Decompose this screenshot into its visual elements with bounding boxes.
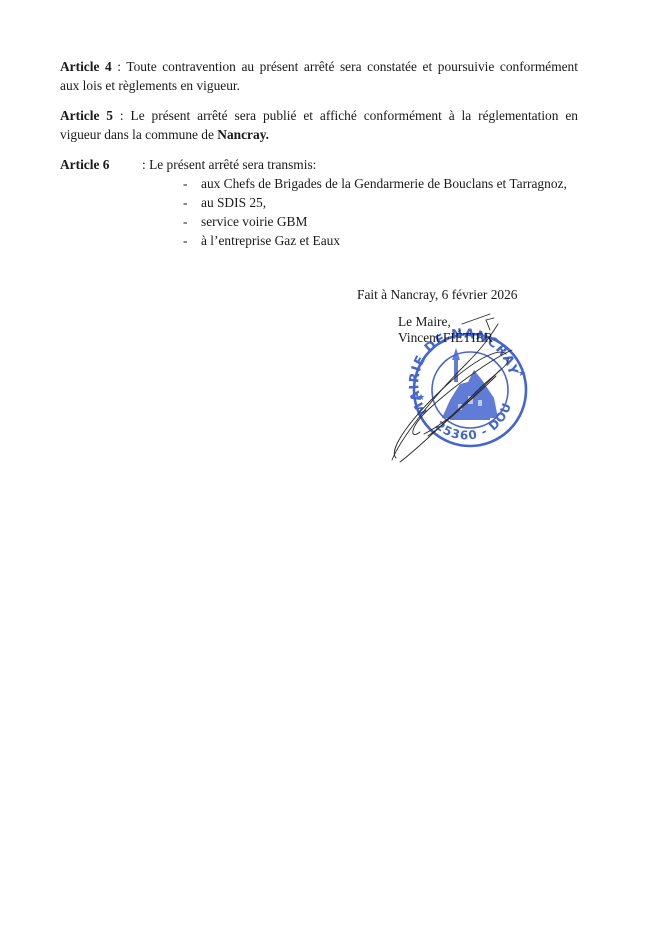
svg-text:★: ★ [417,392,425,402]
article-5-label: Article 5 [60,108,113,123]
svg-text:★: ★ [518,368,526,378]
recipient-text: aux Chefs de Brigades de la Gendarmerie … [201,174,567,193]
article-4-text-line2: aux lois et règlements en vigueur. [60,78,240,93]
signatory-name: Vincent FIÉTIER [398,330,493,346]
article-4-label: Article 4 [60,59,112,74]
commune-name: Nancray. [217,127,269,142]
article-6-label: Article 6 [60,155,109,174]
article-4-separator: : [112,59,127,74]
signatory-title: Le Maire, [398,314,493,330]
signatory-block: Le Maire, Vincent FIÉTIER [398,314,493,346]
recipient-text: service voirie GBM [201,212,307,231]
article-5-text-line2: vigueur dans la commune de [60,127,217,142]
article-4-text-line1: Toute contravention au présent arrêté se… [126,59,578,74]
bullet-dash: - [183,231,187,250]
article-5: Article 5 : Le présent arrêté sera publi… [60,106,578,144]
document-page: Article 4 : Toute contravention au prése… [0,0,656,932]
article-4: Article 4 : Toute contravention au prése… [60,57,578,95]
recipient-text: au SDIS 25, [201,193,266,212]
article-5-separator: : [113,108,131,123]
article-6-intro: : Le présent arrêté sera transmis: [142,155,316,174]
recipient-text: à l’entreprise Gaz et Eaux [201,231,340,250]
bullet-dash: - [183,193,187,212]
article-5-text-line1: Le présent arrêté sera publié et affiché… [131,108,578,123]
bullet-dash: - [183,174,187,193]
bullet-dash: - [183,212,187,231]
